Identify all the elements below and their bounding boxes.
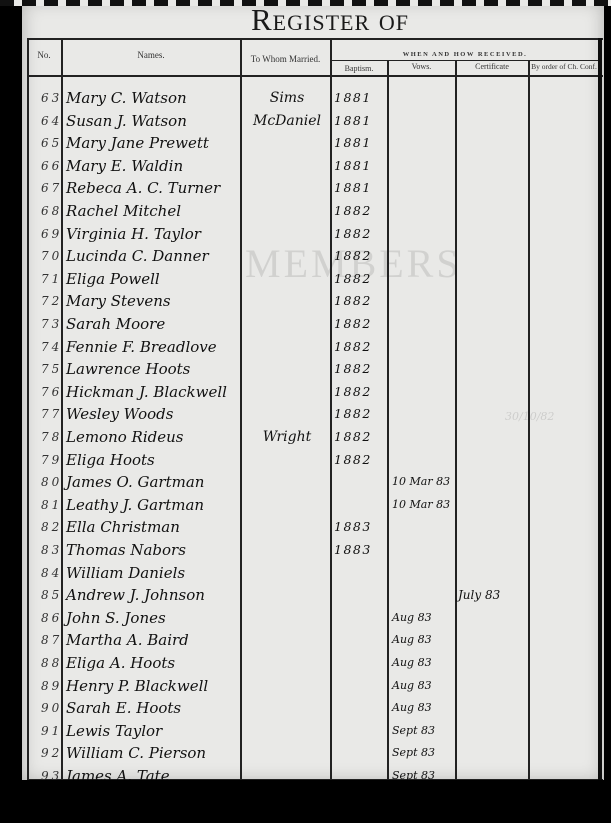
entry-vows — [390, 177, 456, 199]
entry-vows — [390, 426, 456, 448]
entry-baptism: 1882 — [334, 449, 388, 471]
entry-certificate — [458, 720, 528, 742]
entry-baptism: 1882 — [334, 245, 388, 267]
table-row: 89Henry P. BlackwellAug 83 — [0, 675, 611, 697]
entry-name: Lawrence Hoots — [66, 358, 190, 380]
entry-name: Eliga Powell — [66, 268, 160, 290]
scan-bottom-edge — [0, 780, 611, 823]
entry-vows — [390, 290, 456, 312]
entry-married-to — [244, 720, 330, 742]
entry-vows: Aug 83 — [390, 607, 456, 629]
entry-baptism — [334, 471, 388, 493]
entry-vows: 10 Mar 83 — [390, 471, 456, 493]
entry-number: 65 — [41, 132, 63, 154]
entry-married-to — [244, 539, 330, 561]
header-bottom-rule — [27, 75, 603, 77]
entry-baptism: 1883 — [334, 516, 388, 538]
page-title: Register of — [180, 2, 480, 38]
entry-baptism: 1882 — [334, 200, 388, 222]
entry-vows — [390, 223, 456, 245]
table-row: 65Mary Jane Prewett1881 — [0, 132, 611, 154]
entry-number: 82 — [41, 516, 63, 538]
entry-baptism: 1881 — [334, 177, 388, 199]
entry-number: 63 — [41, 87, 63, 109]
entry-number: 87 — [41, 629, 63, 651]
entry-name: Eliga Hoots — [66, 449, 155, 471]
entry-number: 86 — [41, 607, 63, 629]
table-row: 81Leathy J. Gartman10 Mar 83 — [0, 494, 611, 516]
header-by-order: By order of Ch. Conf. — [529, 62, 599, 71]
entry-number: 85 — [41, 584, 63, 606]
entry-vows — [390, 449, 456, 471]
entry-name: James O. Gartman — [66, 471, 204, 493]
entry-number: 83 — [41, 539, 63, 561]
entry-baptism: 1882 — [334, 290, 388, 312]
entry-name: Susan J. Watson — [66, 110, 187, 132]
table-row: 70Lucinda C. Danner1882 — [0, 245, 611, 267]
entry-baptism: 1882 — [334, 268, 388, 290]
entry-number: 88 — [41, 652, 63, 674]
entry-certificate — [458, 471, 528, 493]
entry-certificate — [458, 652, 528, 674]
entry-number: 75 — [41, 358, 63, 380]
entry-married-to — [244, 268, 330, 290]
entry-certificate — [458, 132, 528, 154]
table-row: 82Ella Christman1883 — [0, 516, 611, 538]
entry-vows — [390, 336, 456, 358]
entry-vows — [390, 155, 456, 177]
entry-certificate — [458, 268, 528, 290]
table-row: 72Mary Stevens1882 — [0, 290, 611, 312]
entry-number: 80 — [41, 471, 63, 493]
table-row: 74Fennie F. Breadlove1882 — [0, 336, 611, 358]
entry-baptism — [334, 629, 388, 651]
entry-baptism: 1881 — [334, 87, 388, 109]
entry-number: 71 — [41, 268, 63, 290]
table-row: 67Rebeca A. C. Turner1881 — [0, 177, 611, 199]
entry-baptism: 1882 — [334, 381, 388, 403]
entry-certificate — [458, 607, 528, 629]
entry-certificate — [458, 449, 528, 471]
entry-married-to — [244, 223, 330, 245]
entry-name: Mary C. Watson — [66, 87, 187, 109]
table-row: 68Rachel Mitchel1882 — [0, 200, 611, 222]
entry-certificate — [458, 290, 528, 312]
entry-certificate — [458, 516, 528, 538]
entry-vows — [390, 245, 456, 267]
entry-name: Ella Christman — [66, 516, 180, 538]
entry-name: Sarah E. Hoots — [66, 697, 181, 719]
entry-certificate — [458, 177, 528, 199]
entry-baptism — [334, 675, 388, 697]
entry-certificate — [458, 245, 528, 267]
entry-baptism — [334, 742, 388, 764]
entry-certificate — [458, 200, 528, 222]
entry-baptism — [334, 562, 388, 584]
entry-name: Lucinda C. Danner — [66, 245, 209, 267]
header-top-rule — [27, 38, 603, 40]
entry-number: 77 — [41, 403, 63, 425]
entry-married-to — [244, 629, 330, 651]
table-row: 83Thomas Nabors1883 — [0, 539, 611, 561]
entry-certificate — [458, 539, 528, 561]
entry-married-to — [244, 313, 330, 335]
entry-number: 90 — [41, 697, 63, 719]
entry-vows — [390, 110, 456, 132]
entry-number: 91 — [41, 720, 63, 742]
entry-baptism: 1882 — [334, 403, 388, 425]
entry-certificate — [458, 697, 528, 719]
entry-vows — [390, 403, 456, 425]
table-row: 64Susan J. WatsonMcDaniel1881 — [0, 110, 611, 132]
table-row: 84William Daniels — [0, 562, 611, 584]
header-baptism: Baptism. — [331, 64, 387, 73]
entry-number: 79 — [41, 449, 63, 471]
table-row: 63Mary C. WatsonSims1881 — [0, 87, 611, 109]
table-row: 77Wesley Woods1882 — [0, 403, 611, 425]
entry-married-to: Sims — [244, 87, 330, 109]
table-row: 66Mary E. Waldin1881 — [0, 155, 611, 177]
entry-vows — [390, 358, 456, 380]
table-row: 90Sarah E. HootsAug 83 — [0, 697, 611, 719]
entry-name: Henry P. Blackwell — [66, 675, 208, 697]
entry-name: Fennie F. Breadlove — [66, 336, 217, 358]
entry-baptism: 1883 — [334, 539, 388, 561]
entry-baptism — [334, 652, 388, 674]
entry-married-to — [244, 177, 330, 199]
entry-vows — [390, 268, 456, 290]
table-row: 76Hickman J. Blackwell1882 — [0, 381, 611, 403]
entry-certificate — [458, 313, 528, 335]
entry-name: William Daniels — [66, 562, 185, 584]
entry-number: 92 — [41, 742, 63, 764]
entry-name: Wesley Woods — [66, 403, 173, 425]
entry-baptism: 1882 — [334, 336, 388, 358]
entry-name: Thomas Nabors — [66, 539, 186, 561]
entry-number: 69 — [41, 223, 63, 245]
entry-baptism: 1882 — [334, 358, 388, 380]
entry-name: Hickman J. Blackwell — [66, 381, 227, 403]
entry-baptism: 1882 — [334, 313, 388, 335]
table-row: 80James O. Gartman10 Mar 83 — [0, 471, 611, 493]
entry-vows — [390, 562, 456, 584]
entry-married-to — [244, 336, 330, 358]
entry-certificate — [458, 87, 528, 109]
entry-number: 66 — [41, 155, 63, 177]
entry-number: 73 — [41, 313, 63, 335]
entry-certificate — [458, 336, 528, 358]
entry-vows — [390, 516, 456, 538]
entry-married-to — [244, 607, 330, 629]
entry-name: Virginia H. Taylor — [66, 223, 201, 245]
entry-name: John S. Jones — [66, 607, 166, 629]
entry-married-to — [244, 471, 330, 493]
entry-baptism — [334, 697, 388, 719]
entry-vows: Aug 83 — [390, 675, 456, 697]
group-header-rule — [330, 60, 600, 61]
entry-certificate — [458, 358, 528, 380]
entry-baptism — [334, 720, 388, 742]
entry-certificate — [458, 629, 528, 651]
entry-number: 89 — [41, 675, 63, 697]
table-row: 87Martha A. BairdAug 83 — [0, 629, 611, 651]
entry-certificate — [458, 110, 528, 132]
entry-number: 74 — [41, 336, 63, 358]
entry-baptism — [334, 584, 388, 606]
entry-married-to — [244, 675, 330, 697]
entry-vows — [390, 584, 456, 606]
entry-vows: Aug 83 — [390, 697, 456, 719]
header-no: No. — [27, 50, 61, 60]
entry-certificate — [458, 562, 528, 584]
entry-married-to: Wright — [244, 426, 330, 448]
entry-name: Lemono Rideus — [66, 426, 183, 448]
entry-married-to — [244, 358, 330, 380]
entry-name: Eliga A. Hoots — [66, 652, 175, 674]
table-row: 69Virginia H. Taylor1882 — [0, 223, 611, 245]
entry-married-to — [244, 584, 330, 606]
entry-number: 78 — [41, 426, 63, 448]
entry-married-to — [244, 245, 330, 267]
entry-number: 67 — [41, 177, 63, 199]
table-row: 79Eliga Hoots1882 — [0, 449, 611, 471]
entry-certificate — [458, 494, 528, 516]
entry-name: Martha A. Baird — [66, 629, 189, 651]
entry-baptism: 1882 — [334, 223, 388, 245]
entry-vows: Aug 83 — [390, 652, 456, 674]
entry-vows: Aug 83 — [390, 629, 456, 651]
entry-vows: Sept 83 — [390, 742, 456, 764]
table-row: 78Lemono RideusWright1882 — [0, 426, 611, 448]
entry-married-to — [244, 381, 330, 403]
entry-married-to: McDaniel — [244, 110, 330, 132]
entry-baptism — [334, 494, 388, 516]
entry-number: 64 — [41, 110, 63, 132]
entry-married-to — [244, 449, 330, 471]
entry-vows — [390, 539, 456, 561]
entry-name: Rachel Mitchel — [66, 200, 181, 222]
table-row: 73Sarah Moore1882 — [0, 313, 611, 335]
entry-name: Mary Jane Prewett — [66, 132, 209, 154]
entry-certificate — [458, 742, 528, 764]
entry-married-to — [244, 155, 330, 177]
entry-married-to — [244, 200, 330, 222]
entry-married-to — [244, 403, 330, 425]
entry-name: Mary E. Waldin — [66, 155, 183, 177]
header-married: To Whom Married. — [241, 54, 330, 64]
entry-certificate — [458, 223, 528, 245]
table-row: 91Lewis TaylorSept 83 — [0, 720, 611, 742]
entry-number: 76 — [41, 381, 63, 403]
entry-certificate: July 83 — [458, 584, 528, 606]
entry-baptism: 1881 — [334, 132, 388, 154]
entry-married-to — [244, 132, 330, 154]
entry-certificate — [458, 403, 528, 425]
entry-married-to — [244, 697, 330, 719]
entry-married-to — [244, 652, 330, 674]
entry-vows — [390, 87, 456, 109]
table-row: 85Andrew J. JohnsonJuly 83 — [0, 584, 611, 606]
table-row: 86John S. JonesAug 83 — [0, 607, 611, 629]
entry-married-to — [244, 290, 330, 312]
entry-married-to — [244, 516, 330, 538]
header-certificate: Certificate — [456, 62, 528, 71]
entry-vows: Sept 83 — [390, 720, 456, 742]
entry-baptism: 1881 — [334, 155, 388, 177]
entry-certificate — [458, 155, 528, 177]
entry-name: Sarah Moore — [66, 313, 165, 335]
entry-certificate — [458, 675, 528, 697]
header-when-how-received: When and How Received. — [331, 51, 599, 58]
entry-number: 72 — [41, 290, 63, 312]
entry-baptism — [334, 607, 388, 629]
entry-vows — [390, 313, 456, 335]
entry-name: Mary Stevens — [66, 290, 171, 312]
entry-vows — [390, 381, 456, 403]
entry-married-to — [244, 562, 330, 584]
entry-name: Lewis Taylor — [66, 720, 162, 742]
entry-name: William C. Pierson — [66, 742, 206, 764]
entry-name: Leathy J. Gartman — [66, 494, 204, 516]
entry-number: 68 — [41, 200, 63, 222]
header-names: Names. — [62, 50, 240, 60]
entry-married-to — [244, 742, 330, 764]
entry-number: 84 — [41, 562, 63, 584]
entry-number: 70 — [41, 245, 63, 267]
entry-number: 81 — [41, 494, 63, 516]
entry-name: Andrew J. Johnson — [66, 584, 205, 606]
table-row: 92William C. PiersonSept 83 — [0, 742, 611, 764]
table-row: 71Eliga Powell1882 — [0, 268, 611, 290]
entry-vows — [390, 200, 456, 222]
table-row: 75Lawrence Hoots1882 — [0, 358, 611, 380]
entry-baptism: 1882 — [334, 426, 388, 448]
header-vows: Vows. — [388, 62, 455, 71]
entry-married-to — [244, 494, 330, 516]
entry-vows — [390, 132, 456, 154]
table-row: 88Eliga A. HootsAug 83 — [0, 652, 611, 674]
entry-certificate — [458, 426, 528, 448]
entry-baptism: 1881 — [334, 110, 388, 132]
entry-vows: 10 Mar 83 — [390, 494, 456, 516]
entry-name: Rebeca A. C. Turner — [66, 177, 220, 199]
entry-certificate — [458, 381, 528, 403]
